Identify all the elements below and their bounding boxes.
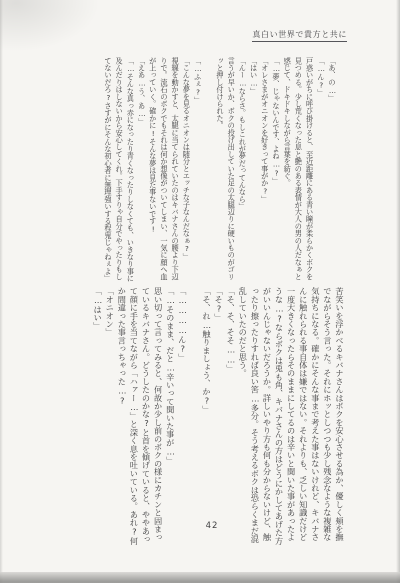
text-line: がいいんじゃないだろうか。詳しいやり方も何も分からないけど、触 xyxy=(261,287,273,547)
text-line: 「そ、れ…触りましょう、か?」 xyxy=(201,287,213,547)
running-title: 真白い世界で貴方と共に xyxy=(252,29,347,42)
text-line: 「えあ…う、あ…」 xyxy=(136,57,147,287)
text-line: て顔に手を当てながら「ハァー…」と深く息を吐いている。あれ?何 xyxy=(128,287,140,547)
text-line: か間違った事言っちゃった…? xyxy=(116,287,128,547)
text-line: 気持ちになる。確かにそんな事まで考えた事はないけれど、キバナさ xyxy=(310,287,322,547)
text-line: 「こんな夢を見るオニオンは随分とエッチな子なんだなぁ?」 xyxy=(181,57,192,287)
scan-edge-bottom xyxy=(0,572,400,583)
text-line: 感じて、ドキドキしながら言葉を紡ぐ。 xyxy=(282,57,293,287)
scan-edge-right xyxy=(396,0,400,583)
text-line: りで。流石のボクでもそれは何か想像がついてしまい、一気に顔へ血 xyxy=(159,57,170,287)
text-line: ているキバナさん。どうしたのかな?と首を傾げていると、ややあっ xyxy=(140,287,152,547)
text-line: 「あ、の…」 xyxy=(327,57,338,287)
text-line: 「オニオン」 xyxy=(104,287,116,547)
text-line: 思い切って言ってみると、何故か少し前のボクの様にカチンと固まっ xyxy=(153,287,165,547)
text-line: 視線を動かすと、太腿に当てられていたのはキバナさんの腰より下辺 xyxy=(170,57,181,287)
text-line: 「そ?」 xyxy=(213,287,225,547)
text-line: 「…そんな真っ赤になったり青くなったりしなくても、いきなり事に xyxy=(125,57,136,287)
text-line: 見つめる。少し荒くなった息と艶のある表情が大人の男の人だなぁと xyxy=(293,57,304,287)
text-line: 一度大きくなったらそのままにしてるのは辛いと聞いた事があったよ xyxy=(286,287,298,547)
page-number: 42 xyxy=(24,521,400,531)
text-line: が上っていく。確かに!そんな夢は見た事ないです! xyxy=(148,57,159,287)
text-line: んに触れられる事自体は嫌ではない。それよりも、乏しい知識だけど xyxy=(298,287,310,547)
text-line xyxy=(204,57,215,287)
text-line: 「…ん?」 xyxy=(316,57,327,287)
text-line: 「…夢、じゃないんです、よね…?」 xyxy=(271,57,282,287)
scan-artifact-topleft xyxy=(0,0,100,52)
text-line: 乱していたのだと思う。 xyxy=(237,287,249,547)
text-line: ッと押し付けられた。 xyxy=(215,57,226,287)
text-line: てないだろ?さすがにそんな初心者に無理強いする程鬼じゃねぇよ」 xyxy=(103,57,114,287)
text-line: 及んだりはしないから安心してくれ。下手すりゃ自分でやったりもし xyxy=(114,57,125,287)
text-line: ったり擦ったりすれば良い筈…多分。そう考えるボクは恐らくまだ混 xyxy=(249,287,261,547)
text-line: 「…………ん?」 xyxy=(177,287,189,547)
text-line: 「…そのまま、だと…辛いって聞いた事が…」 xyxy=(165,287,177,547)
scan-edge-left xyxy=(0,0,3,583)
text-line: 「そ、そ、そそ……」 xyxy=(225,287,237,547)
text-block-upper: 「あ、の…」「…ん?」戸惑いがちに呼び掛けると、至近距離にある青い瞳が柔らかくボ… xyxy=(103,57,338,287)
text-line: うな…?ならボクは兎も角、キバナさんの方はどうにかしてあげた方 xyxy=(273,287,285,547)
scanned-novel-page: 真白い世界で貴方と共に 「あ、の…」「…ん?」戸惑いがちに呼び掛けると、至近距離… xyxy=(0,0,400,583)
text-line xyxy=(189,287,201,547)
text-line: 戸惑いがちに呼び掛けると、至近距離にある青い瞳が柔らかくボクを xyxy=(304,57,315,287)
text-line: 「オレさまがオニオンを好きって事がか?」 xyxy=(260,57,271,287)
text-block-lower: 苦笑いを浮かべるキバナさんはボクを安心させる為か、優しく頬を撫でながらそう言った… xyxy=(92,287,346,547)
text-line: 苦笑いを浮かべるキバナさんはボクを安心させる為か、優しく頬を撫 xyxy=(334,287,346,547)
text-line: 「…はい」 xyxy=(92,287,104,547)
text-line: 「んー…ならさ。もしこれが夢だってんなら」 xyxy=(237,57,248,287)
text-line: 「はい…」 xyxy=(248,57,259,287)
text-line: でながらそう言った。それにホッとしつつも少し残念なような複雑な xyxy=(322,287,334,547)
text-line: 言うが早いか、ボクの投げ出していた足の太腿辺りに硬いものがゴリ xyxy=(226,57,237,287)
text-line: 「…ふぇ?」 xyxy=(192,57,203,287)
